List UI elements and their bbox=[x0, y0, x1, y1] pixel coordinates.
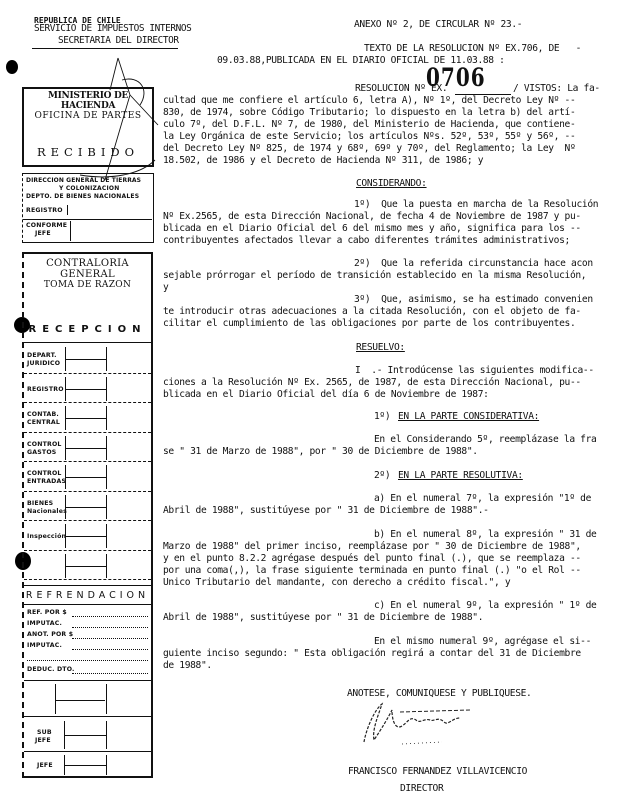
stamp-contraloria: CONTRALORIA GENERAL TOMA DE RAZON RECEPC… bbox=[22, 252, 153, 778]
vistos-line: del Decreto Ley Nº 825, de 1974 y 68º, 6… bbox=[163, 143, 575, 155]
considerando-2-lead: 2º) Que la referida circunstancia hace a… bbox=[354, 258, 593, 270]
part2-a-lead: a) En el numeral 7º, la expresión "1º de bbox=[374, 493, 591, 505]
part2-heading: EN LA PARTE RESOLUTIVA: bbox=[398, 470, 523, 482]
refrendacion-top-rule bbox=[24, 585, 151, 586]
part2-a-body: Abril de 1988", sustitúyese por " 31 de … bbox=[163, 505, 489, 517]
vistos-line: 830, de 1974, sobre Código Tributario; l… bbox=[163, 107, 575, 119]
row-vline bbox=[106, 436, 107, 460]
subjefe-hline bbox=[64, 735, 106, 736]
stamp-scribble-icon bbox=[60, 50, 160, 190]
conforme-divider bbox=[70, 221, 71, 241]
refrendacion-field-label: IMPUTAC. bbox=[27, 620, 62, 627]
stamp-tierras: DIRECCION GENERAL DE TIERRAS Y COLONIZAC… bbox=[22, 173, 154, 243]
part2-d-line: de 1988". bbox=[163, 660, 581, 672]
subjefe-vline-2 bbox=[106, 721, 107, 749]
row-vline bbox=[106, 554, 107, 578]
considerando-line: cilitar el cumplimiento de las obligacio… bbox=[163, 318, 581, 330]
row-vline bbox=[106, 406, 107, 430]
resuelvo-line: ciones a la Resolución Nº Ex. 2565, de 1… bbox=[163, 377, 581, 389]
jefe-top-rule bbox=[24, 751, 151, 752]
jefe-hline bbox=[64, 765, 106, 766]
row-hline bbox=[65, 566, 106, 567]
part2-b-line: Marzo de 1988" del primer inciso, reempl… bbox=[163, 541, 581, 553]
sign-hline-1 bbox=[55, 700, 105, 701]
row-hline bbox=[65, 389, 106, 390]
stamp-jefe: JEFE bbox=[37, 762, 53, 769]
row-vline bbox=[106, 495, 107, 519]
resuelvo-intro-body: ciones a la Resolución Nº Ex. 2565, de 1… bbox=[163, 377, 581, 401]
recepcion-row: CONTAB.CENTRAL bbox=[24, 403, 151, 433]
signer-title: DIRECTOR bbox=[400, 783, 443, 795]
stamp-sub-jefe-2: JEFE bbox=[35, 737, 51, 744]
part2-b-line: Unico Tributario del mandante, con derec… bbox=[163, 577, 581, 589]
row-hline bbox=[65, 477, 106, 478]
row-hline bbox=[65, 418, 106, 419]
stamp-refrendacion: REFRENDACION bbox=[24, 590, 151, 601]
recepcion-row-sublabel: GASTOS bbox=[27, 449, 56, 456]
vistos-body: cultad que me confiere el artículo 6, le… bbox=[163, 95, 575, 167]
part1-heading: EN LA PARTE CONSIDERATIVA: bbox=[398, 411, 539, 423]
refrendacion-field-line bbox=[72, 649, 148, 650]
refrendacion-field-label: DEDUC. DTO. bbox=[27, 666, 75, 673]
refrendacion-field-line bbox=[72, 673, 148, 674]
considerando-line: Nº Ex.2565, de esta Dirección Nacional, … bbox=[163, 211, 581, 223]
stamp-tierras-jefe: JEFE bbox=[35, 230, 51, 237]
resolution-label: RESOLUCION Nº EX. bbox=[355, 83, 447, 95]
considerando-line: sejable prórrogar el período de transici… bbox=[163, 270, 586, 282]
sign-vline-1 bbox=[55, 684, 56, 714]
sign-vline-2 bbox=[106, 684, 107, 714]
letterhead-rule bbox=[32, 48, 178, 49]
row-hline bbox=[65, 536, 106, 537]
refrendacion-field-line bbox=[72, 638, 148, 639]
recepcion-row-sublabel: CENTRAL bbox=[27, 419, 60, 426]
part1-body: se " 31 de Marzo de 1988", por " 30 de D… bbox=[163, 446, 478, 458]
considerando-1-body: Nº Ex.2565, de esta Dirección Nacional, … bbox=[163, 211, 581, 247]
considerando-line: contribuyentes afectados llevar a cabo d… bbox=[163, 235, 581, 247]
signature-icon bbox=[352, 700, 502, 750]
stamp-contraloria-line2: TOMA DE RAZON bbox=[24, 280, 151, 290]
recepcion-row bbox=[24, 551, 151, 581]
recepcion-row: Inspección bbox=[24, 521, 151, 551]
recepcion-row-label: Inspección bbox=[27, 533, 66, 540]
refrendacion-rule bbox=[24, 604, 151, 605]
row-vline bbox=[106, 377, 107, 401]
vistos-line: 18.502, de 1986 y el Decreto de Hacienda… bbox=[163, 155, 575, 167]
considerando-line: te introducir otras adecuaciones a la ci… bbox=[163, 306, 581, 318]
part2-b-line: y en el punto 8.2.2 agrégase después del… bbox=[163, 553, 581, 565]
part2-d-body: guiente inciso segundo: " Esta obligació… bbox=[163, 648, 581, 672]
row-vline bbox=[106, 347, 107, 371]
recepcion-row-label: CONTAB. bbox=[27, 411, 59, 418]
annex-title: ANEXO Nº 2, DE CIRCULAR Nº 23.- bbox=[354, 19, 522, 31]
resuelvo-line: blicada en el Diario Oficial del día 6 d… bbox=[163, 389, 581, 401]
row-hline bbox=[65, 359, 106, 360]
part2-d-line: guiente inciso segundo: " Esta obligació… bbox=[163, 648, 581, 660]
closing-formula: ANOTESE, COMUNIQUESE Y PUBLIQUESE. bbox=[347, 688, 531, 700]
vistos-line-0: / VISTOS: La fa- bbox=[513, 83, 600, 95]
recepcion-row: DEPART.JURIDICO bbox=[24, 344, 151, 374]
registro-divider bbox=[67, 205, 68, 215]
considerando-line: blicada en el Diario Oficial del 6 del m… bbox=[163, 223, 581, 235]
refrendacion-field-line bbox=[72, 616, 148, 617]
signer-name: FRANCISCO FERNANDEZ VILLAVICENCIO bbox=[348, 766, 527, 778]
stamp-tierras-conforme: CONFORME bbox=[26, 222, 67, 229]
recepcion-row-sublabel: Nacionales bbox=[27, 508, 67, 515]
recepcion-row-label: CONTROL bbox=[27, 441, 62, 448]
considerando-3-body: te introducir otras adecuaciones a la ci… bbox=[163, 306, 581, 330]
recepcion-row-label: REGISTRO bbox=[27, 386, 64, 393]
row-hline bbox=[65, 448, 106, 449]
row-vline bbox=[106, 524, 107, 548]
recepcion-row-sublabel: ENTRADAS bbox=[27, 478, 66, 485]
recepcion-row: BIENESNacionales bbox=[24, 492, 151, 522]
stamp-sub-jefe-1: SUB bbox=[37, 729, 52, 736]
vistos-line: culo 7º, del D.F.L. Nº 7, de 1980, del M… bbox=[163, 119, 575, 131]
considerando-heading: CONSIDERANDO: bbox=[356, 178, 427, 190]
part2-b-lead: b) En el numeral 8º, la expresión " 31 d… bbox=[374, 529, 596, 541]
stamp-recepcion: RECEPCION bbox=[24, 324, 151, 335]
stamp-tierras-registro: REGISTRO bbox=[26, 207, 63, 214]
recepcion-row: CONTROLENTRADAS bbox=[24, 462, 151, 492]
resuelvo-intro-lead: I .- Introdúcense las siguientes modific… bbox=[355, 365, 594, 377]
row-vline bbox=[106, 465, 107, 489]
part2-c-body: Abril de 1988", sustitúyese por " 31 de … bbox=[163, 612, 483, 624]
recepcion-row: REGISTRO bbox=[24, 374, 151, 404]
letterhead-servicio: SERVICIO DE IMPUESTOS INTERNOS bbox=[34, 24, 191, 34]
subjefe-top-rule bbox=[24, 716, 151, 717]
vistos-line: cultad que me confiere el artículo 6, le… bbox=[163, 95, 575, 107]
row-divider bbox=[24, 579, 151, 580]
tierras-divider bbox=[23, 219, 152, 220]
row-hline bbox=[65, 507, 106, 508]
considerando-1-lead: 1º) Que la puesta en marcha de la Resolu… bbox=[354, 199, 598, 211]
recepcion-row-sublabel: JURIDICO bbox=[27, 360, 60, 367]
refrendacion-field-label: ANOT. POR $ bbox=[27, 631, 73, 638]
jefe-vline-2 bbox=[106, 755, 107, 775]
refrendacion-field-line bbox=[27, 660, 148, 661]
part1-lead: En el Considerando 5º, reemplázase la fr… bbox=[374, 434, 596, 446]
recepcion-top-rule bbox=[24, 342, 151, 343]
annex-subtitle-1: TEXTO DE LA RESOLUCION Nº EX.706, DE - bbox=[364, 43, 581, 55]
part2-b-body: Marzo de 1988" del primer inciso, reempl… bbox=[163, 541, 581, 589]
vistos-line: la Ley Orgánica de este Servicio; los ar… bbox=[163, 131, 575, 143]
part1-number: 1º) bbox=[374, 411, 390, 423]
recepcion-row-label: DEPART. bbox=[27, 352, 57, 359]
stamp-contraloria-line1: CONTRALORIA GENERAL bbox=[24, 258, 151, 280]
considerando-line: y bbox=[163, 282, 586, 294]
resuelvo-heading: RESUELVO: bbox=[356, 342, 405, 354]
refrendacion-field-line bbox=[72, 627, 148, 628]
stamp-tierras-line3: DEPTO. DE BIENES NACIONALES bbox=[26, 193, 139, 200]
considerando-3-lead: 3º) Que, asimismo, se ha estimado conven… bbox=[354, 294, 593, 306]
recepcion-row-label: CONTROL bbox=[27, 470, 62, 477]
part2-number: 2º) bbox=[374, 470, 390, 482]
refrendacion-field-label: REF. POR $ bbox=[27, 609, 67, 616]
part2-b-line: por una coma(,), la frase siguiente term… bbox=[163, 565, 581, 577]
recepcion-row: CONTROLGASTOS bbox=[24, 433, 151, 463]
part2-c-lead: c) En el numeral 9º, la expresión " 1º d… bbox=[374, 600, 596, 612]
considerando-2-body: sejable prórrogar el período de transici… bbox=[163, 270, 586, 294]
part2-d-lead: En el mismo numeral 9º, agrégase el si-- bbox=[374, 636, 591, 648]
sign-top-rule bbox=[24, 680, 151, 681]
letterhead-secretaria: SECRETARIA DEL DIRECTOR bbox=[58, 36, 179, 46]
recepcion-row-label: BIENES bbox=[27, 500, 53, 507]
stamp-tierras-line1: DIRECCION GENERAL DE TIERRAS bbox=[26, 177, 141, 184]
refrendacion-field-label: IMPUTAC. bbox=[27, 642, 62, 649]
punch-hole-top bbox=[6, 60, 18, 74]
stamp-tierras-line2: Y COLONIZACION bbox=[59, 185, 119, 192]
